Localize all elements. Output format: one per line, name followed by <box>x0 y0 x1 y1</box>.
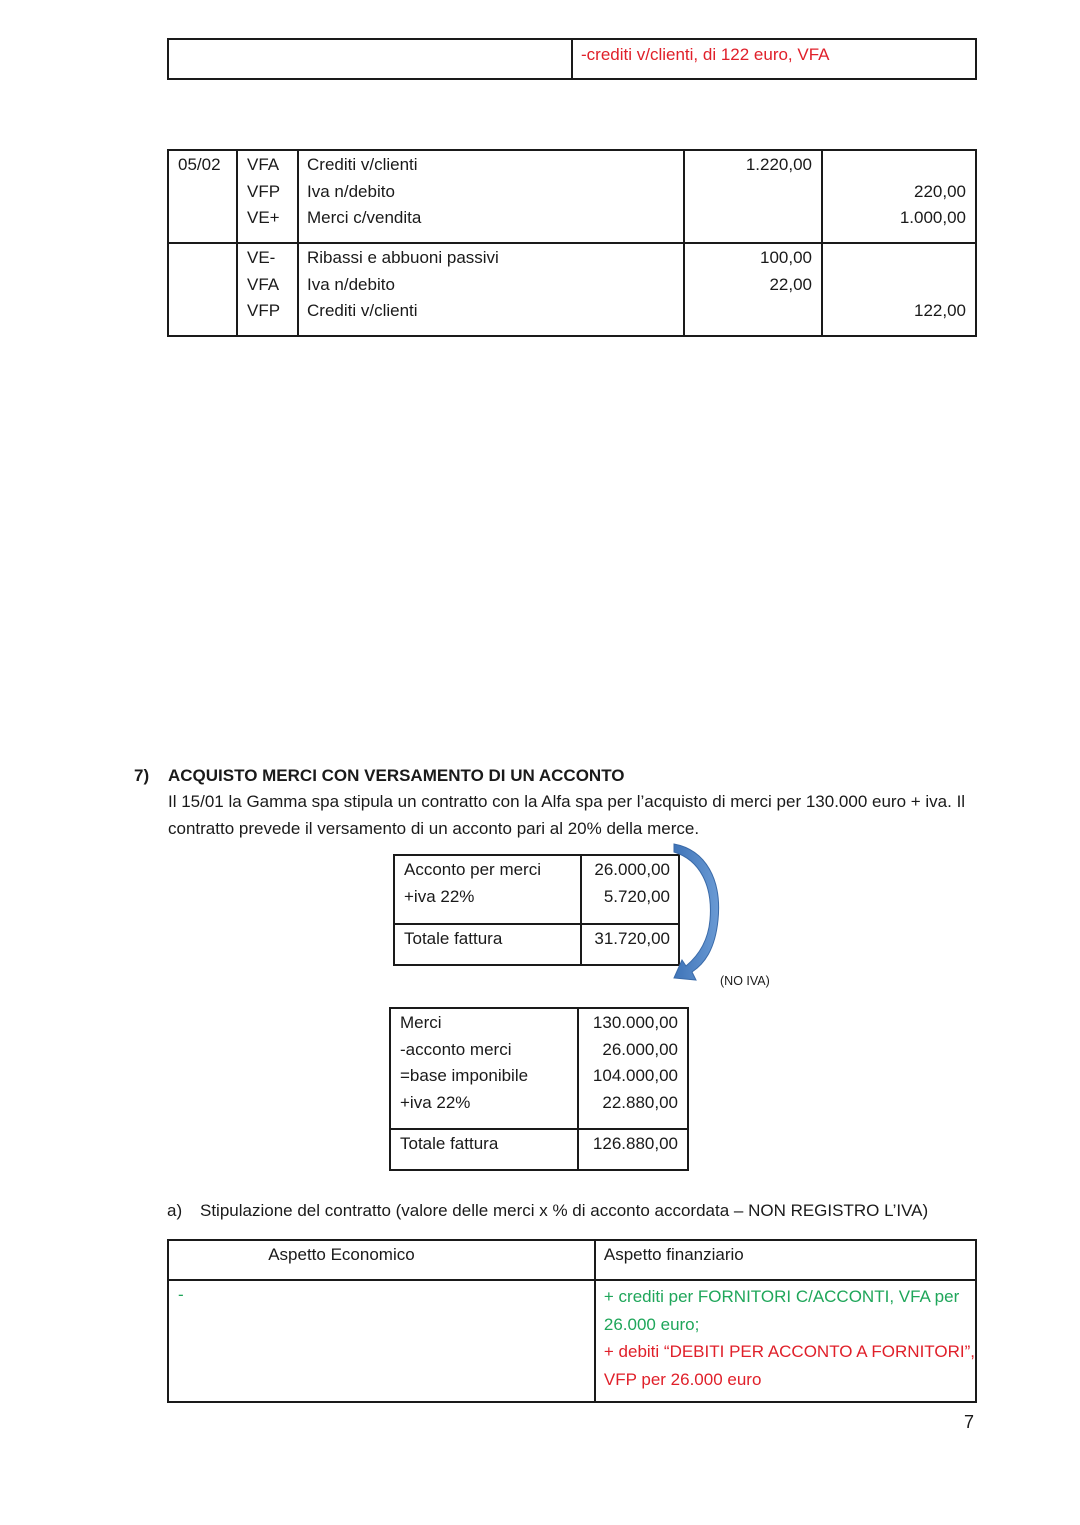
header-finanziario: Aspetto finanziario <box>604 1242 975 1269</box>
aspetto-table: Aspetto Economico Aspetto finanziario - … <box>167 1239 977 1403</box>
entry-date <box>178 245 236 272</box>
fattura-total-label: Totale fattura <box>400 1131 568 1158</box>
header-economico: Aspetto Economico <box>169 1242 514 1269</box>
entry-account: Merci c/vendita <box>307 205 683 232</box>
section-heading: 7)ACQUISTO MERCI CON VERSAMENTO DI UN AC… <box>134 763 625 790</box>
fattura-label: =base imponibile <box>400 1063 568 1090</box>
finanziario-line: 26.000 euro; <box>604 1312 975 1339</box>
no-iva-note: (NO IVA) <box>720 974 770 988</box>
acconto-value: 26.000,00 <box>591 857 670 884</box>
top-table-note: -crediti v/clienti, di 122 euro, VFA <box>581 42 975 69</box>
subsection-a: a)Stipulazione del contratto (valore del… <box>167 1198 928 1225</box>
entry-avere: 122,00 <box>823 298 966 325</box>
entry-dare <box>685 205 812 232</box>
fattura-label: +iva 22% <box>400 1090 568 1117</box>
journal-table: 05/02 VFA VFP VE+ Crediti v/clienti Iva … <box>167 149 977 337</box>
entry-account: Crediti v/clienti <box>307 298 683 325</box>
entry-avere <box>823 272 966 299</box>
top-table-left-cell <box>168 39 572 79</box>
section-title: ACQUISTO MERCI CON VERSAMENTO DI UN ACCO… <box>168 766 625 785</box>
fattura-label: -acconto merci <box>400 1037 568 1064</box>
subsection-label: a) <box>167 1198 200 1225</box>
entry-avere <box>823 245 966 272</box>
acconto-table: Acconto per merci +iva 22% 26.000,00 5.7… <box>393 854 680 966</box>
section-description: Il 15/01 la Gamma spa stipula un contrat… <box>168 789 980 842</box>
fattura-value: 26.000,00 <box>588 1037 678 1064</box>
finanziario-line: + crediti per FORNITORI C/ACCONTI, VFA p… <box>604 1284 975 1311</box>
finanziario-line: VFP per 26.000 euro <box>604 1367 975 1394</box>
entry-code: VFP <box>247 179 297 206</box>
fattura-table: Merci -acconto merci =base imponibile +i… <box>389 1007 689 1171</box>
fattura-value: 130.000,00 <box>588 1010 678 1037</box>
entry-dare: 100,00 <box>685 245 812 272</box>
entry-dare: 1.220,00 <box>685 152 812 179</box>
top-table-right-cell: -crediti v/clienti, di 122 euro, VFA <box>572 39 976 79</box>
entry-account: Ribassi e abbuoni passivi <box>307 245 683 272</box>
entry-account: Iva n/debito <box>307 272 683 299</box>
fattura-value: 22.880,00 <box>588 1090 678 1117</box>
entry-code: VFP <box>247 298 297 325</box>
acconto-value: 5.720,00 <box>591 884 670 911</box>
entry-dare <box>685 298 812 325</box>
acconto-total-label: Totale fattura <box>404 926 572 953</box>
entry-date: 05/02 <box>178 152 236 179</box>
entry-code: VFA <box>247 272 297 299</box>
fattura-label: Merci <box>400 1010 568 1037</box>
page-number: 7 <box>964 1412 974 1433</box>
entry-code: VE+ <box>247 205 297 232</box>
acconto-label: Acconto per merci <box>404 857 572 884</box>
entry-code: VE- <box>247 245 297 272</box>
acconto-label: +iva 22% <box>404 884 572 911</box>
entry-code: VFA <box>247 152 297 179</box>
fattura-total-value: 126.880,00 <box>588 1131 678 1158</box>
journal-entry: 05/02 VFA VFP VE+ Crediti v/clienti Iva … <box>168 150 976 243</box>
finanziario-line: + debiti “DEBITI PER ACCONTO A FORNITORI… <box>604 1339 975 1366</box>
entry-account: Crediti v/clienti <box>307 152 683 179</box>
economico-cell: - <box>178 1282 594 1309</box>
journal-entry: VE- VFA VFP Ribassi e abbuoni passivi Iv… <box>168 243 976 336</box>
entry-avere: 1.000,00 <box>823 205 966 232</box>
top-table: -crediti v/clienti, di 122 euro, VFA <box>167 38 977 80</box>
entry-dare <box>685 179 812 206</box>
entry-avere: 220,00 <box>823 179 966 206</box>
entry-account: Iva n/debito <box>307 179 683 206</box>
fattura-value: 104.000,00 <box>588 1063 678 1090</box>
subsection-text: Stipulazione del contratto (valore delle… <box>200 1201 928 1220</box>
entry-dare: 22,00 <box>685 272 812 299</box>
section-number: 7) <box>134 763 168 790</box>
curved-arrow-icon <box>670 840 730 990</box>
acconto-total-value: 31.720,00 <box>591 926 670 953</box>
entry-avere <box>823 152 966 179</box>
